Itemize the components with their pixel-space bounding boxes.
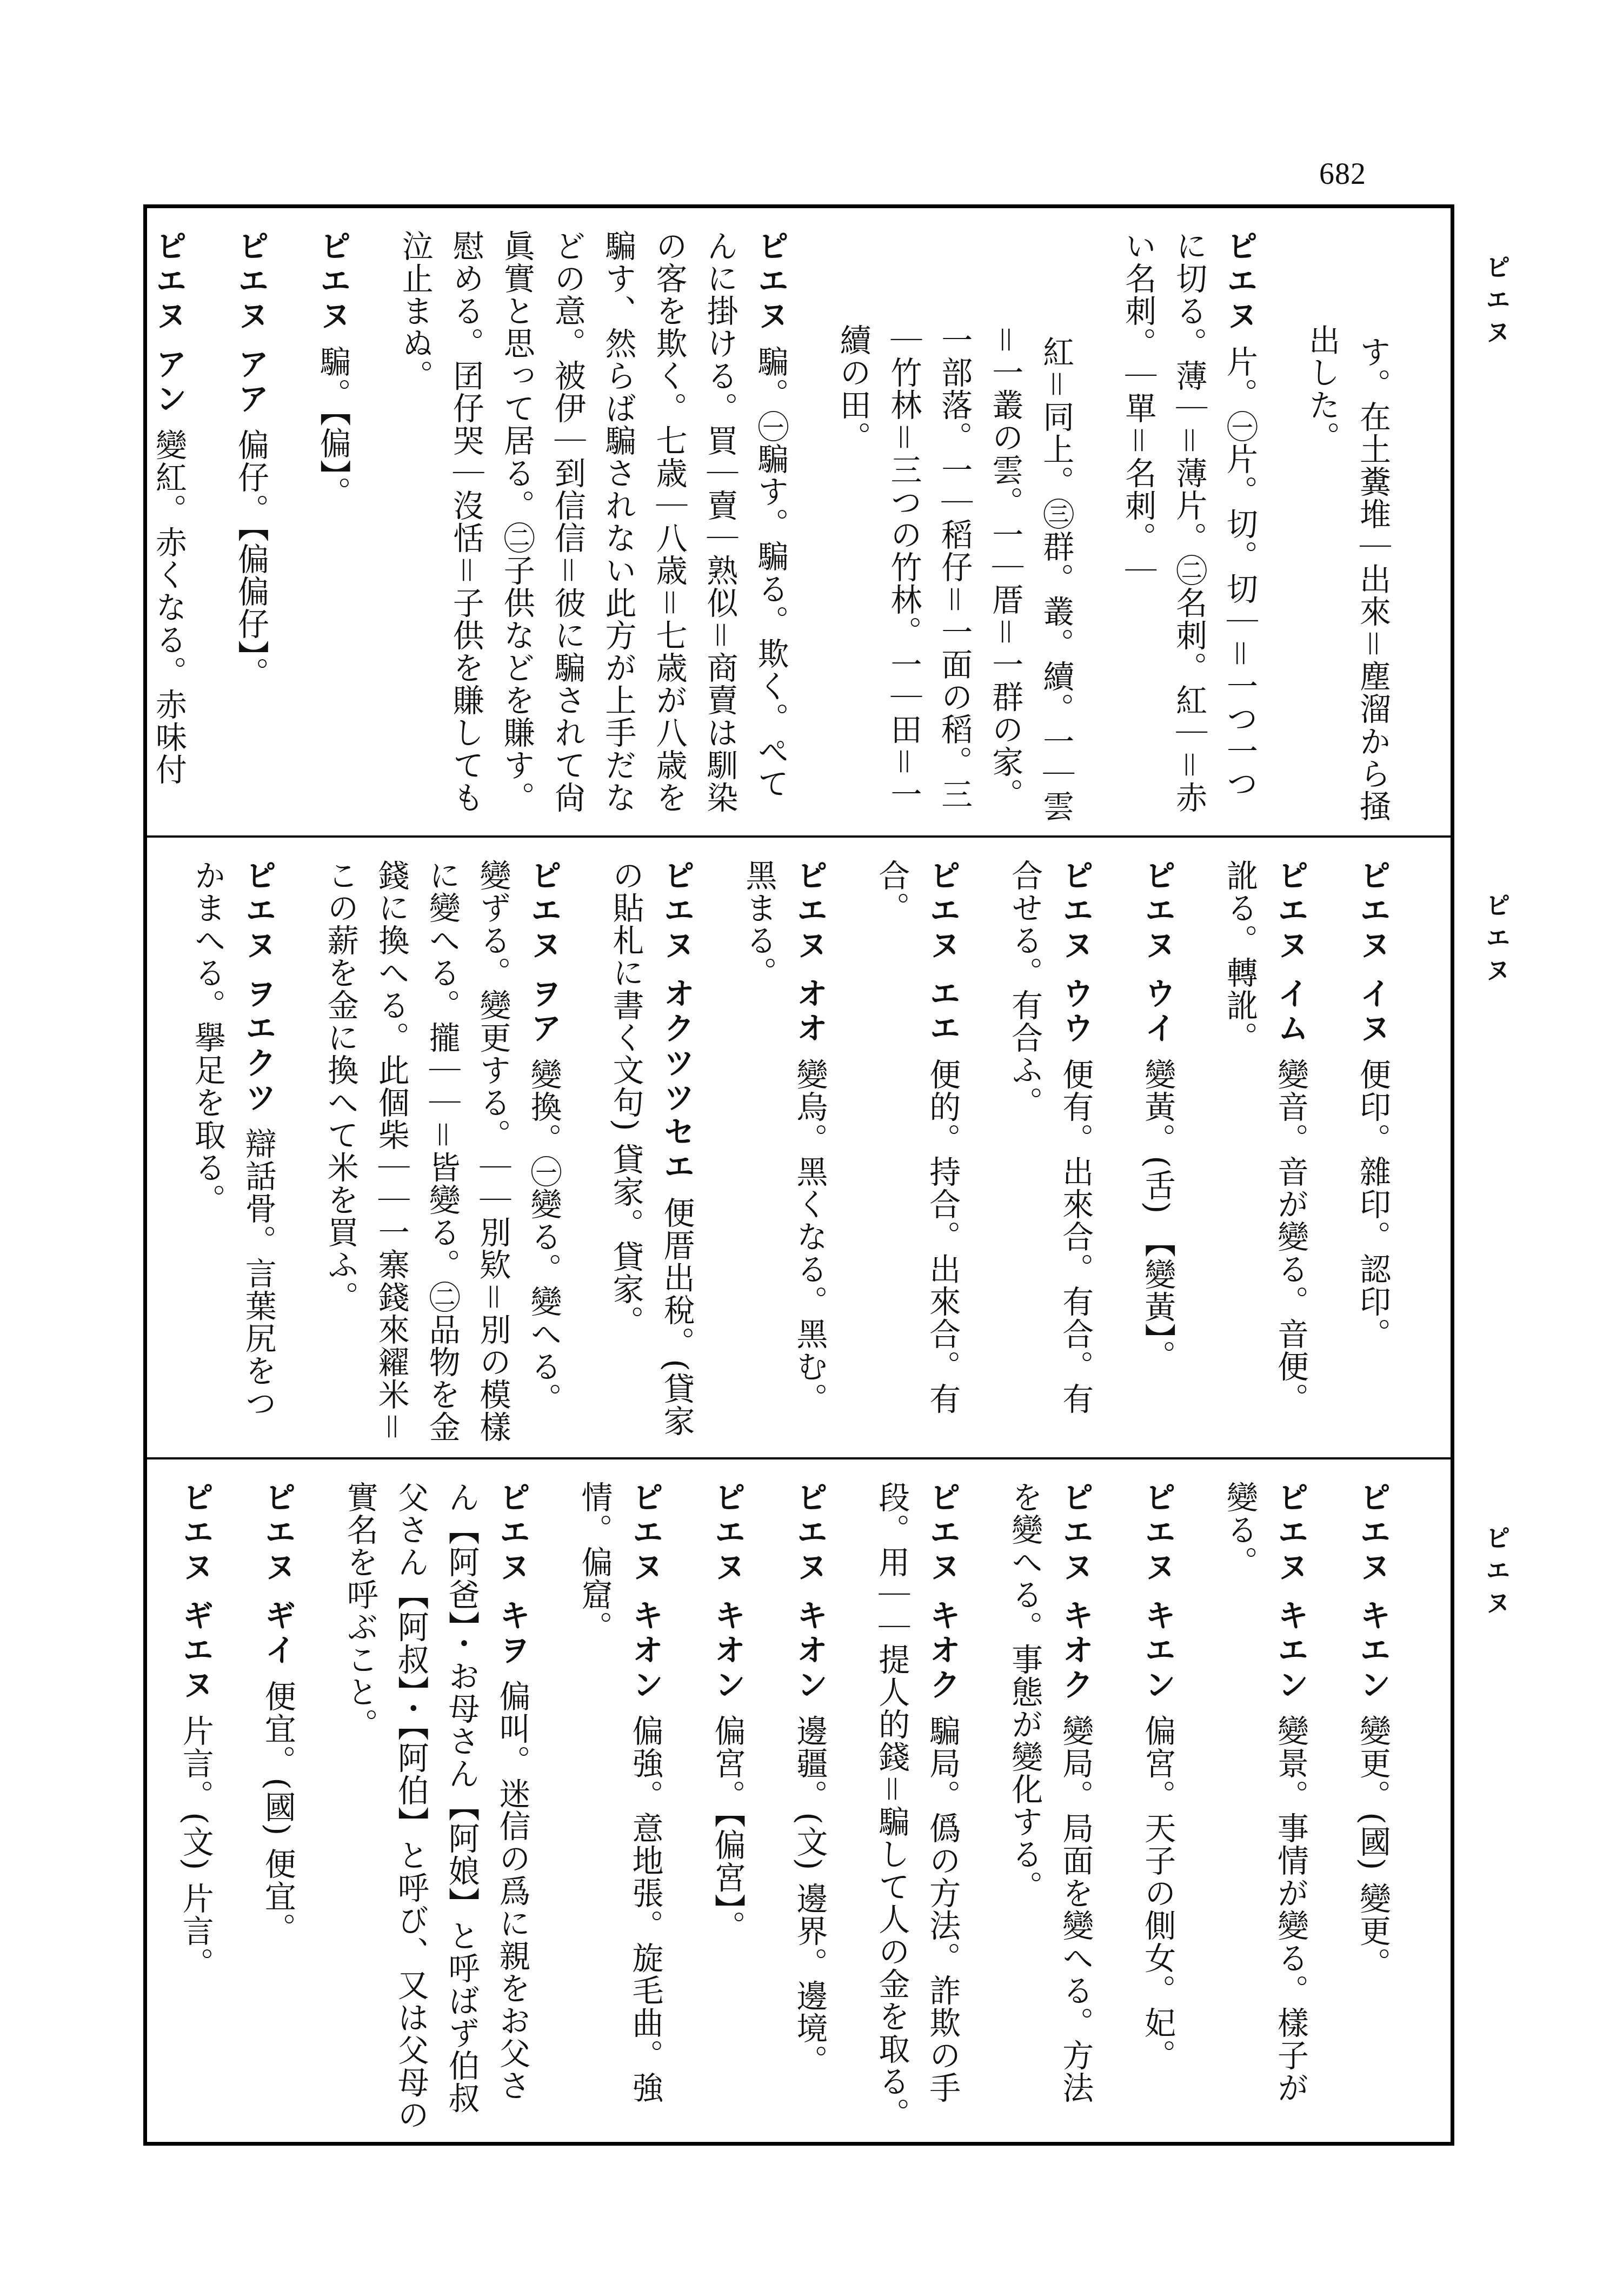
entry-headword: ピエヌ ウウ: [1057, 859, 1094, 1046]
entry-headword: ピエヌ キオク: [1057, 1481, 1094, 1703]
entry-definition: 片言。(文) 片言。: [177, 1715, 214, 1980]
dictionary-entry: ピエヌ キエン偏宮。天子の側女。妃。: [1132, 1481, 1182, 2133]
entry-headword: ピエヌ エエ: [924, 859, 961, 1046]
dictionary-entry: ピエヌ イム變音。音が變る。音便。訛る。轉訛。: [1214, 859, 1315, 1446]
entry-definition: 偏宮。【偏宮】。: [709, 1715, 746, 1943]
dictionary-entry: ピエヌ ウイ變黃。(舌) 【變黃】。: [1132, 859, 1182, 1446]
entry-headword: ピエヌ キオン: [709, 1481, 746, 1703]
dictionary-entry: ピエヌ アン變紅。赤くなる。赤味付く。赤ばむ。赤まる。赤らむ。: [147, 230, 194, 825]
dictionary-entry: ピエヌ カイ邊界。邊土。邊鄙。邊疆。邊界。邊境。把守｜｜＝邊界を守る。: [147, 859, 150, 1446]
entry-headword: ピエヌ ウイ: [1139, 859, 1176, 1046]
entry-headword: ピエヌ キエン: [1139, 1481, 1176, 1703]
dictionary-entry: ピエヌ ギエヌ片言。(文) 片言。: [170, 1481, 221, 2133]
dictionary-frame: す。在土糞堆｜出來＝塵溜から掻出した。ピエヌ片。㊀片。切。切｜＝一つ一つに切る。…: [143, 204, 1454, 2146]
dictionary-entry: 紅＝同上。㊂群。叢。續。一｜雲＝一叢の雲。一｜厝＝一群の家。一部落。一｜稻仔＝一…: [827, 230, 1081, 825]
dictionary-entry: ピエヌ騙。㊀騙す。騙る。欺く。ぺてんに掛ける。買｜賣｜熟似＝商賣は馴染の客を欺く…: [389, 230, 796, 825]
dictionary-entry: ピエヌ キエン變景。事情が變る。樣子が變る。: [1214, 1481, 1315, 2133]
entry-columns: ピエヌ イヌ便印。雜印。認印。ピエヌ イム變音。音が變る。音便。訛る。轉訛。ピエ…: [158, 859, 1429, 1446]
dictionary-entry: ピエヌ オオ變烏。黑くなる。黑む。黑まる。: [733, 859, 834, 1446]
entry-headword: ピエヌ キオン: [627, 1481, 663, 1703]
dictionary-entry: ピエヌ片。㊀片。切。切｜＝一つ一つに切る。薄｜＝薄片。㊁名刺。紅｜＝赤い名刺。｜…: [1112, 230, 1265, 825]
entry-definition: 便印。雜印。認印。: [1354, 1058, 1391, 1350]
dictionary-entry: ピエヌ騙。【偏】。: [307, 230, 358, 825]
dictionary-entry: ピエヌ キオン偏強。意地張。旋毛曲。強情。偏窟。: [569, 1481, 670, 2133]
dictionary-entry: ピエヌ キオク變局。局面を變へる。方法を變へる。事態が變化する。: [999, 1481, 1100, 2133]
band-bottom: ピエヌ キエン變更。(國) 變更。ピエヌ キエン變景。事情が變る。樣子が變る。ピ…: [147, 1457, 1451, 2144]
running-head-middle: ピエヌ: [1479, 892, 1514, 990]
entry-headword: ピエヌ オオ: [791, 859, 828, 1046]
dictionary-entry: ピエヌ キエン變更。(國) 變更。: [1347, 1481, 1398, 2133]
band-top: す。在土糞堆｜出來＝塵溜から掻出した。ピエヌ片。㊀片。切。切｜＝一つ一つに切る。…: [147, 208, 1451, 835]
entry-definition: 變更。(國) 變更。: [1354, 1715, 1391, 1980]
entry-headword: ピエヌ: [1221, 230, 1258, 334]
entry-definition: 偏仔。【偏偏仔】。: [232, 429, 269, 689]
entry-headword: ピエヌ アア: [232, 230, 269, 417]
entry-headword: ピエヌ ギエヌ: [177, 1481, 214, 1703]
dictionary-entry: ピエヌ キオク騙局。僞の方法。詐欺の手段。用｜｜提人的錢＝騙して人の金を取る。: [866, 1481, 967, 2133]
entry-definition: す。在土糞堆｜出來＝塵溜から掻出した。: [1303, 324, 1391, 822]
dictionary-entry: ピエヌ イヌ便印。雜印。認印。: [1347, 859, 1398, 1446]
dictionary-entry: ピエヌ ギイ便宜。(國) 便宜。: [252, 1481, 303, 2133]
page-number: 682: [1319, 157, 1366, 191]
entry-columns: ピエヌ キエン變更。(國) 變更。ピエヌ キエン變景。事情が變る。樣子が變る。ピ…: [158, 1481, 1429, 2133]
dictionary-entry: ピエヌ ヲア變換。㊀變る。變へる。變ずる。變更する。｜｜別欵＝別の模樣に變へる。…: [315, 859, 569, 1446]
entry-headword: ピエヌ キヲ: [494, 1481, 531, 1668]
dictionary-entry: ピエヌ アア偏仔。【偏偏仔】。: [225, 230, 276, 825]
entry-columns: す。在土糞堆｜出來＝塵溜から掻出した。ピエヌ片。㊀片。切。切｜＝一つ一つに切る。…: [158, 230, 1429, 825]
entry-headword: ピエヌ キエン: [1272, 1481, 1309, 1703]
entry-definition: 變黃。(舌) 【變黃】。: [1139, 1058, 1176, 1372]
running-head-bottom: ピエヌ: [1479, 1525, 1514, 1622]
dictionary-entry: ピエヌ ウウ便有。出來合。有合。有合せる。有合ふ。: [999, 859, 1100, 1446]
dictionary-entry: ピエヌ キオン邊疆。(文) 邊界。邊境。: [783, 1481, 834, 2133]
entry-definition: 偏宮。天子の側女。妃。: [1139, 1715, 1176, 2072]
entry-headword: ピエヌ: [752, 230, 789, 334]
entry-headword: ピエヌ キオン: [791, 1481, 828, 1703]
dictionary-entry: ピエヌ ヲエクツ辯話骨。言葉尻をつかまへる。擧足を取る。: [182, 859, 283, 1446]
dictionary-entry: ピエヌ キオン偏宮。【偏宮】。: [701, 1481, 752, 2133]
entry-headword: ピエヌ ヲア: [526, 859, 562, 1046]
entry-headword: ピエヌ ヲエクツ: [240, 859, 277, 1116]
entry-headword: ピエヌ キエン: [1354, 1481, 1391, 1703]
entry-definition: 邊疆。(文) 邊界。邊境。: [791, 1715, 828, 2077]
entry-definition: 紅＝同上。㊂群。叢。續。一｜雲＝一叢の雲。一｜厝＝一群の家。一部落。一｜稻仔＝一…: [834, 324, 1074, 822]
entry-headword: ピエヌ ギイ: [260, 1481, 296, 1668]
entry-definition: 便宜。(國) 便宜。: [260, 1680, 296, 1945]
dictionary-entry: ピエヌ エエ便的。持合。出來合。有合。: [866, 859, 967, 1446]
entry-definition: 騙。【偏】。: [315, 346, 351, 509]
entry-headword: ピエヌ: [315, 230, 351, 334]
dictionary-entry: ピエヌ オクツツセエ便厝出稅。(貸家の貼札に書く文句) 貸家。貸家。: [600, 859, 702, 1446]
entry-headword: ピエヌ オクツツセエ: [658, 859, 695, 1185]
entry-headword: ピエヌ キオク: [924, 1481, 961, 1703]
entry-headword: ピエヌ イヌ: [1354, 859, 1391, 1046]
entry-headword: ピエヌ イム: [1272, 859, 1309, 1046]
entry-headword: ピエヌ アン: [150, 230, 187, 417]
band-middle: ピエヌ イヌ便印。雜印。認印。ピエヌ イム變音。音が變る。音便。訛る。轉訛。ピエ…: [147, 835, 1451, 1457]
dictionary-entry: ピエヌ キヲ偏叫。迷信の爲に親をお父さん【阿爸】・お母さん【阿娘】と呼ばず伯叔父…: [334, 1481, 537, 2133]
running-head-top: ピエヌ: [1479, 254, 1514, 351]
entry-definition: 騙。㊀騙す。騙る。欺く。ぺてんに掛ける。買｜賣｜熟似＝商賣は馴染の客を欺く。七歳…: [397, 230, 789, 814]
dictionary-entry: す。在土糞堆｜出來＝塵溜から掻出した。: [1296, 230, 1398, 825]
